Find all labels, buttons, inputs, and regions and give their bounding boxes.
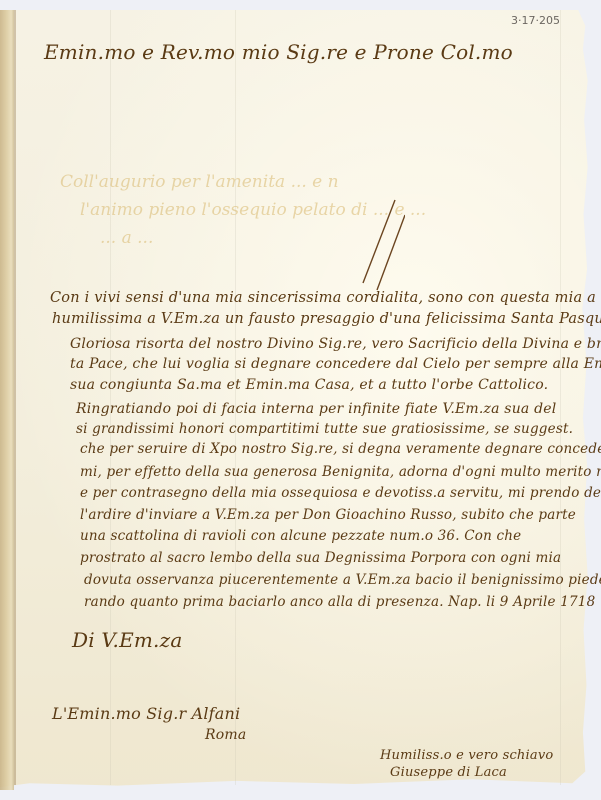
body-line: humilissima a V.Em.za un fausto presaggi… <box>52 311 601 327</box>
body-line: che per seruire di Xpo nostro Sig.re, si… <box>80 441 601 457</box>
body-line: dovuta osservanza piucerentemente a V.Em… <box>84 572 601 588</box>
body-line: l'ardire d'inviare a V.Em.za per Don Gio… <box>80 507 576 523</box>
bleed-through-line: Coll'augurio per l'amenita ... e n <box>60 172 339 192</box>
closing-formula: Di V.Em.za <box>72 628 182 652</box>
paper-ruling <box>110 10 111 785</box>
ink-strokes <box>355 195 405 295</box>
body-line: si grandissimi honori compartitimi tutte… <box>76 421 573 437</box>
paper-ruling <box>235 10 236 785</box>
signature-name: Giuseppe di Laca <box>390 765 507 780</box>
addressee-name: L'Emin.mo Sig.r Alfani <box>52 704 240 723</box>
archive-number: 3·17·205 <box>511 14 560 27</box>
addressee-city: Roma <box>205 727 246 743</box>
body-line: Con i vivi sensi d'una mia sincerissima … <box>50 290 601 306</box>
body-line: e per contrasegno della mia ossequiosa e… <box>80 485 601 501</box>
body-line: Gloriosa risorta del nostro Divino Sig.r… <box>70 336 601 352</box>
body-line: mi, per effetto della sua generosa Benig… <box>80 464 601 480</box>
body-line: prostrato al sacro lembo della sua Degni… <box>80 550 561 566</box>
signature-line: Humiliss.o e vero schiavo <box>380 748 553 763</box>
body-line: rando quanto prima baciarlo anco alla di… <box>84 594 595 610</box>
body-line: una scattolina di ravioli con alcune pez… <box>80 528 521 544</box>
binding-edge <box>0 10 14 790</box>
bleed-through-line: ... a ... <box>100 228 153 248</box>
salutation: Emin.mo e Rev.mo mio Sig.re e Prone Col.… <box>44 40 513 64</box>
body-line: Ringratiando poi di facia interna per in… <box>76 401 556 417</box>
paper-ruling <box>560 10 561 785</box>
body-line: sua congiunta Sa.ma et Emin.ma Casa, et … <box>70 377 548 393</box>
fold-line <box>14 10 16 785</box>
body-line: ta Pace, che lui voglia si degnare conce… <box>70 356 601 372</box>
